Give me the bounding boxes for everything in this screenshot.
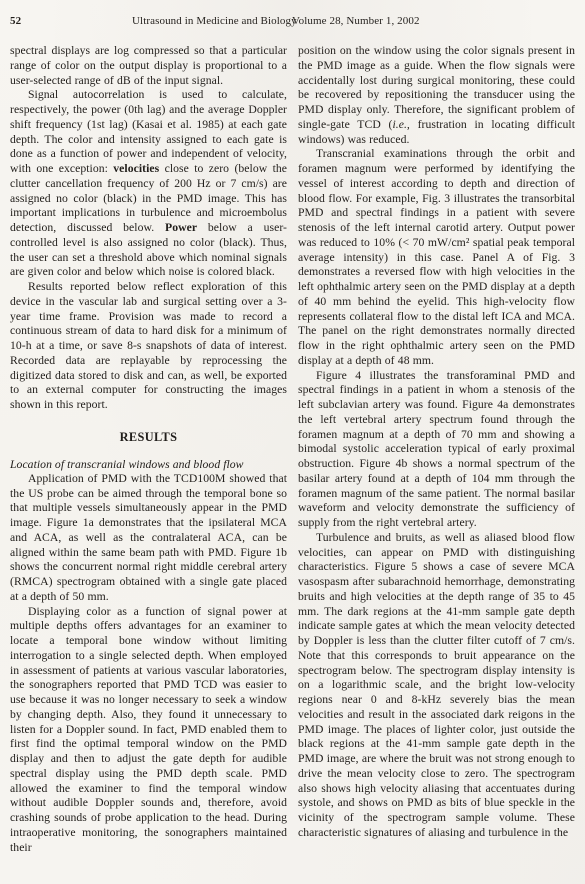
body-text: Results reported below reflect explorati… xyxy=(10,280,287,411)
emphasized-text: velocities xyxy=(113,162,159,175)
subsection-heading: Location of transcranial windows and blo… xyxy=(10,457,287,472)
body-text: Application of PMD with the TCD100M show… xyxy=(10,472,287,603)
body-text: spectral displays are log compressed so … xyxy=(10,44,287,87)
body-text: Transcranial examinations through the or… xyxy=(298,147,575,367)
body-text: Turbulence and bruits, as well as aliase… xyxy=(298,531,575,839)
paragraph: Displaying color as a function of signal… xyxy=(10,605,287,856)
paragraph: Results reported below reflect explorati… xyxy=(10,280,287,413)
emphasized-text: i.e., xyxy=(392,118,409,131)
paragraph: spectral displays are log compressed so … xyxy=(10,44,287,88)
paragraph: Turbulence and bruits, as well as aliase… xyxy=(298,531,575,841)
body-text: Displaying color as a function of signal… xyxy=(10,605,287,854)
paragraph: position on the window using the color s… xyxy=(298,44,575,147)
issue-info: Volume 28, Number 1, 2002 xyxy=(292,15,420,27)
emphasized-text: Power xyxy=(165,221,197,234)
paragraph: Application of PMD with the TCD100M show… xyxy=(10,472,287,605)
section-heading: RESULTS xyxy=(10,430,287,445)
right-column: position on the window using the color s… xyxy=(298,44,575,855)
paragraph: Transcranial examinations through the or… xyxy=(298,147,575,368)
page-number: 52 xyxy=(10,15,21,27)
body-text: Figure 4 illustrates the transforaminal … xyxy=(298,369,575,530)
journal-page: 52 Ultrasound in Medicine and Biology Vo… xyxy=(0,0,585,884)
journal-title: Ultrasound in Medicine and Biology xyxy=(132,15,297,27)
left-column: spectral displays are log compressed so … xyxy=(10,44,287,855)
paragraph: Figure 4 illustrates the transforaminal … xyxy=(298,369,575,531)
paragraph: Signal autocorrelation is used to calcul… xyxy=(10,88,287,280)
article-body: spectral displays are log compressed so … xyxy=(10,44,575,855)
running-header: 52 Ultrasound in Medicine and Biology Vo… xyxy=(10,10,575,36)
